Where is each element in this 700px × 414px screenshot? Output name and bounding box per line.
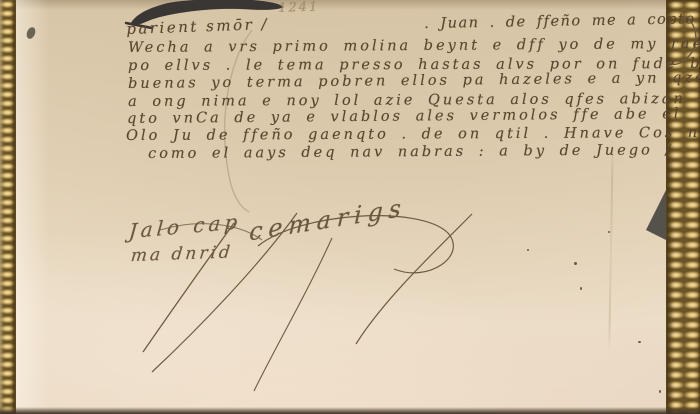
manuscript-dateline: . Juan . de ffeño me a copto , [424,11,700,32]
signature-2: cemarigs [249,193,408,247]
frame-bottom-shadow [0,407,700,414]
signature-1-line-1: Jalo cap [128,209,242,243]
manuscript-top-fragment: 1241 [278,0,320,16]
manuscript-line: qto vnCa de ya e vlablos ales vermolos f… [127,106,682,127]
manuscript-text: 1241 parient smōr / . Juan . de ffeño me… [0,0,700,414]
framed-manuscript-photo: 1241 parient smōr / . Juan . de ffeño me… [0,0,700,414]
manuscript-salutation: parient smōr / [126,15,269,38]
manuscript-line: como el aays deq nav nabras : a by de Ju… [148,142,673,162]
signature-1-line-2: ma dnrid [130,242,234,266]
manuscript-line: Wecha a vrs primo molina beynt e dff yo … [128,36,700,56]
manuscript-line: Olo Ju de ffeño gaenqto . de on qtil . H… [126,124,700,144]
